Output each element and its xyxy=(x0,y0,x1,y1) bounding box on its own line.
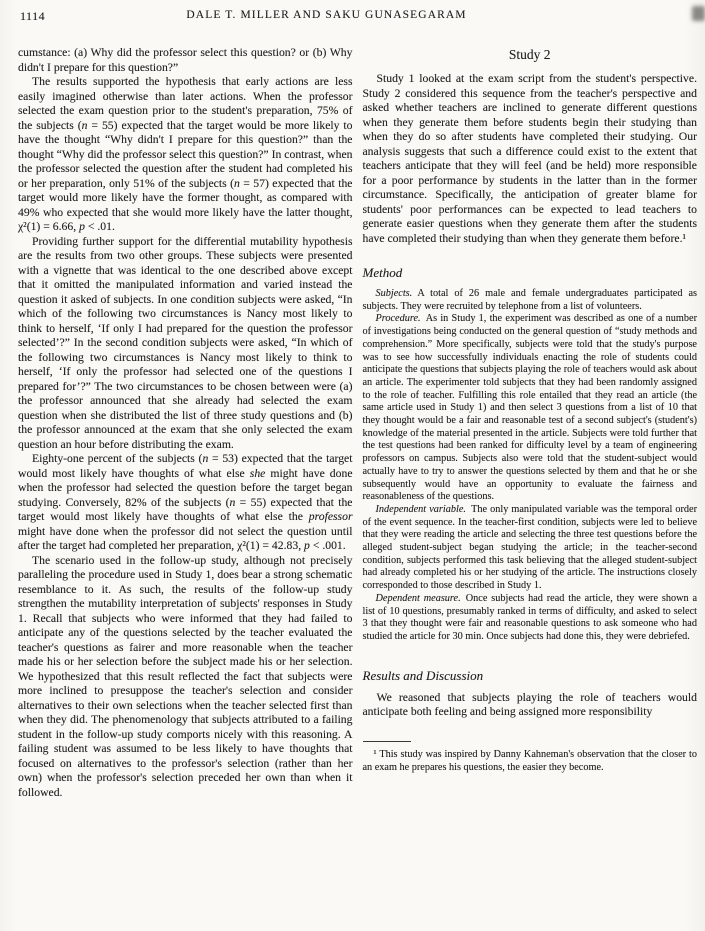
italic-run: Procedure. xyxy=(376,313,421,324)
italic-run: she xyxy=(250,467,266,480)
running-title: DALE T. MILLER AND SAKU GUNASEGARAM xyxy=(186,9,466,21)
right-column: Study 2Study 1 looked at the exam script… xyxy=(363,46,698,800)
section-heading: Study 2 xyxy=(363,47,698,63)
method-paragraph: Subjects. A total of 26 male and female … xyxy=(363,288,698,313)
subsection-heading: Method xyxy=(363,265,698,281)
text-run: The scenario used in the follow-up study… xyxy=(18,554,353,799)
text-run: Study 1 looked at the exam script from t… xyxy=(363,72,698,245)
text-run: < .001. xyxy=(310,539,346,552)
italic-run: Subjects. xyxy=(376,288,413,299)
text-run: A total of 26 male and female undergradu… xyxy=(363,288,698,312)
scan-artifact xyxy=(692,6,705,21)
method-paragraph: Dependent measure. Once subjects had rea… xyxy=(363,593,698,644)
italic-run: professor xyxy=(309,510,353,523)
subsection-heading: Results and Discussion xyxy=(363,668,698,684)
italic-run: Independent variable. xyxy=(376,504,466,515)
footnote-rule xyxy=(363,741,411,742)
paragraph: The results supported the hypothesis tha… xyxy=(18,75,353,235)
text-run: ¹ This study was inspired by Danny Kahne… xyxy=(363,749,698,773)
method-paragraph: Procedure. As in Study 1, the experiment… xyxy=(363,313,698,504)
paragraph: Eighty-one percent of the subjects (n = … xyxy=(18,452,353,554)
page-number: 1114 xyxy=(20,9,45,24)
paragraph: Providing further support for the differ… xyxy=(18,235,353,453)
footnote-text: ¹ This study was inspired by Danny Kahne… xyxy=(363,749,698,775)
text-run: We reasoned that subjects playing the ro… xyxy=(363,691,698,719)
page-header: 1114 DALE T. MILLER AND SAKU GUNASEGARAM xyxy=(0,0,705,39)
text-run: < .01. xyxy=(85,220,115,233)
text-run: Providing further support for the differ… xyxy=(18,235,353,451)
paragraph: cumstance: (a) Why did the professor sel… xyxy=(18,46,353,75)
paragraph: We reasoned that subjects playing the ro… xyxy=(363,691,698,720)
italic-run: Dependent measure. xyxy=(376,593,461,604)
text-run: cumstance: (a) Why did the professor sel… xyxy=(18,46,353,74)
text-run: The only manipulated variable was the te… xyxy=(363,504,698,591)
journal-page: 1114 DALE T. MILLER AND SAKU GUNASEGARAM… xyxy=(0,0,705,931)
paragraph: The scenario used in the follow-up study… xyxy=(18,554,353,801)
left-column: cumstance: (a) Why did the professor sel… xyxy=(18,46,353,800)
text-run: Eighty-one percent of the subjects ( xyxy=(32,452,202,465)
text-run: might have done when the professor did n… xyxy=(18,525,353,553)
text-run: As in Study 1, the experiment was descri… xyxy=(363,313,698,502)
paragraph: Study 1 looked at the exam script from t… xyxy=(363,72,698,246)
two-column-body: cumstance: (a) Why did the professor sel… xyxy=(0,39,705,800)
method-paragraph: Independent variable. The only manipulat… xyxy=(363,504,698,593)
